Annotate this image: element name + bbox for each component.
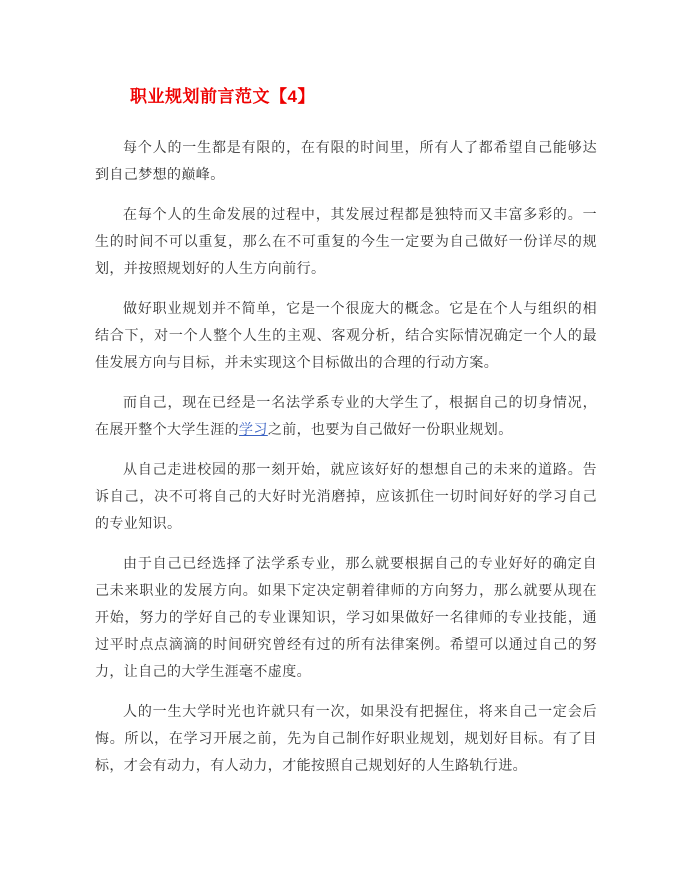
document-body: 每个人的一生都是有限的，在有限的时间里，所有人了都希望自己能够达到自己梦想的巅峰… [95, 134, 597, 779]
paragraph-4: 而自己，现在已经是一名法学系专业的大学生了，根据自己的切身情况，在展开整个大学生… [95, 389, 597, 443]
document-title: 职业规划前言范文【4】 [130, 86, 597, 108]
paragraph-2: 在每个人的生命发展的过程中，其发展过程都是独特而又丰富多彩的。一生的时间不可以重… [95, 201, 597, 282]
paragraph-5: 从自己走进校园的那一刻开始，就应该好好的想想自己的未来的道路。告诉自己，决不可将… [95, 456, 597, 537]
document-page: 职业规划前言范文【4】 每个人的一生都是有限的，在有限的时间里，所有人了都希望自… [0, 0, 690, 892]
paragraph-7: 人的一生大学时光也许就只有一次，如果没有把握住，将来自己一定会后悔。所以，在学习… [95, 698, 597, 779]
paragraph-6: 由于自己已经选择了法学系专业，那么就要根据自己的专业好好的确定自己未来职业的发展… [95, 550, 597, 685]
paragraph-1: 每个人的一生都是有限的，在有限的时间里，所有人了都希望自己能够达到自己梦想的巅峰… [95, 134, 597, 188]
paragraph-3: 做好职业规划并不简单，它是一个很庞大的概念。它是在个人与组织的相结合下，对一个人… [95, 295, 597, 376]
paragraph-4-text-after: 之前，也要为自己做好一份职业规划。 [268, 421, 513, 437]
study-link[interactable]: 学习 [239, 421, 268, 437]
